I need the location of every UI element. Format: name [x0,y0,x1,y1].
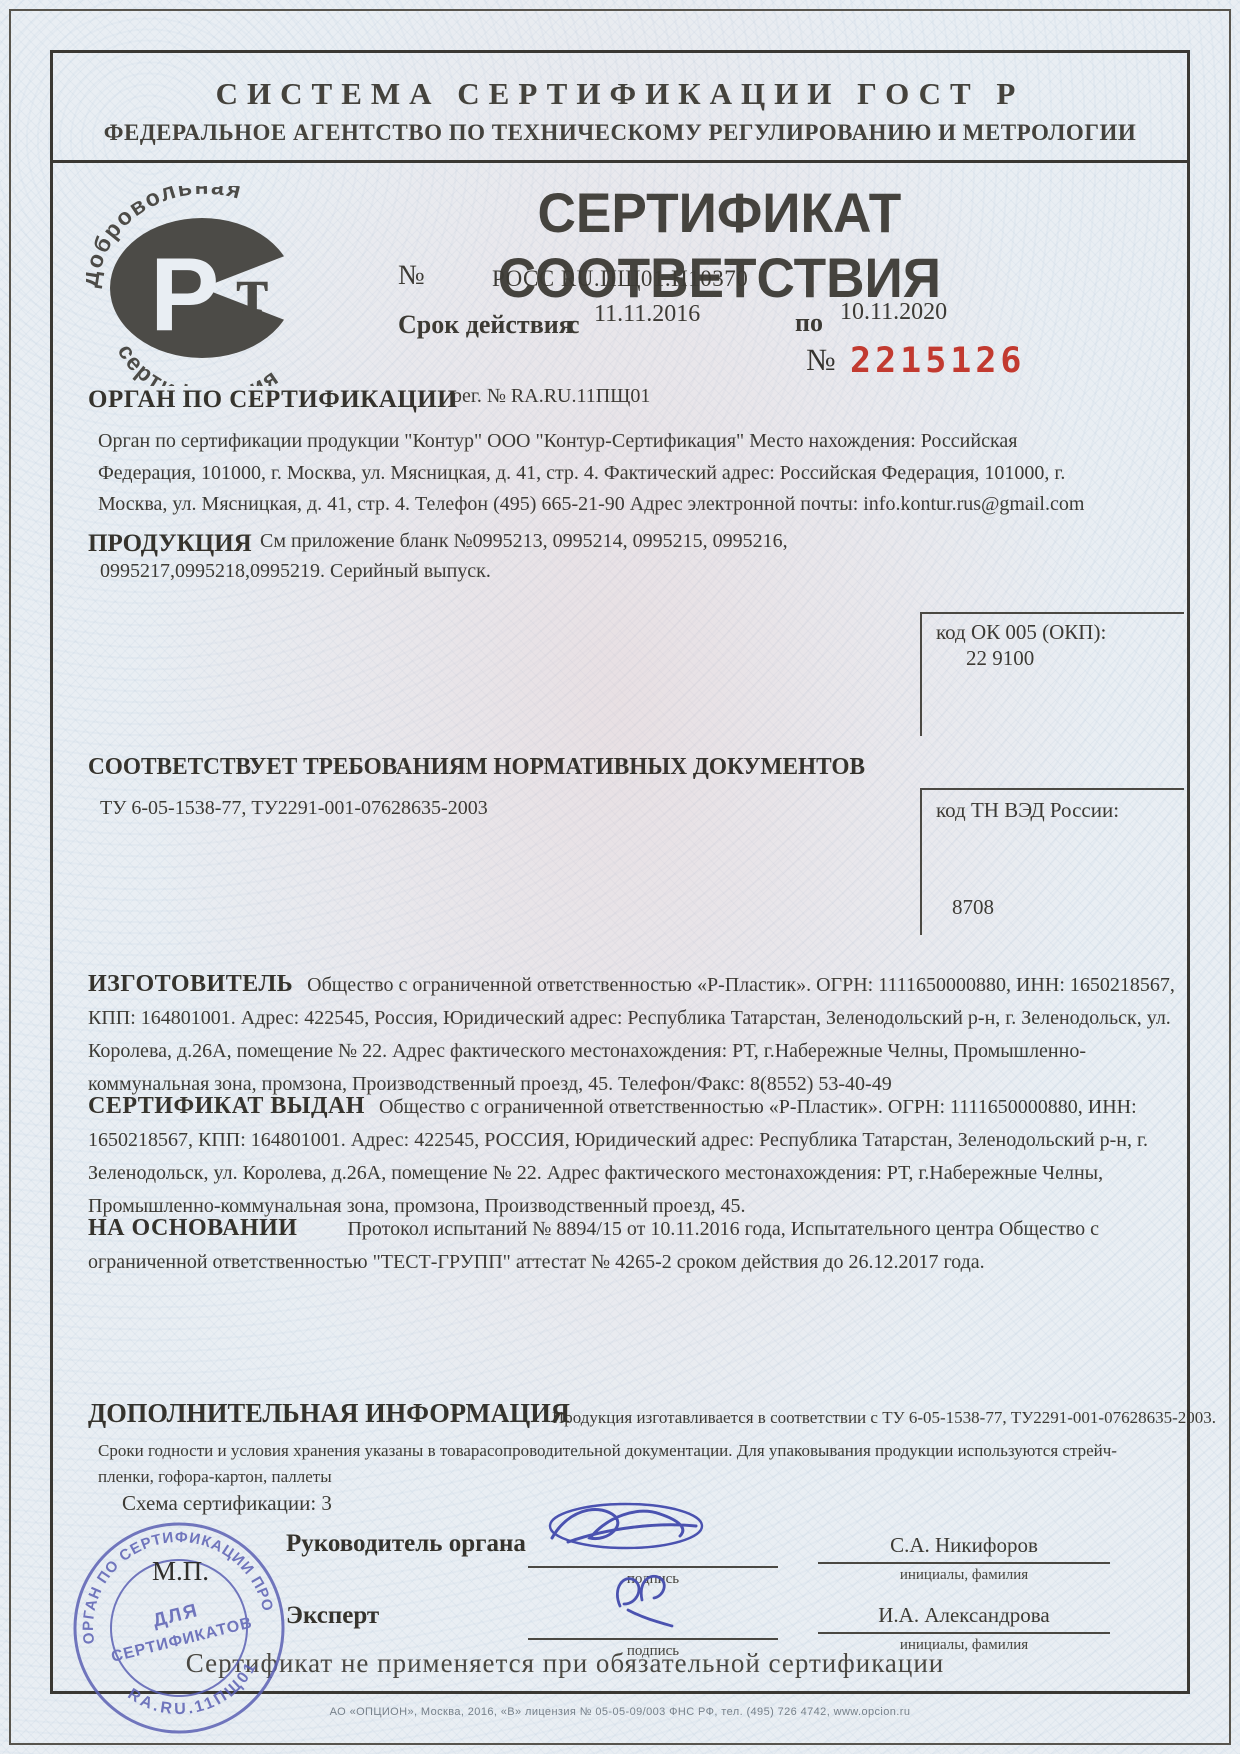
header-divider [50,160,1190,163]
expert-signature-line [528,1638,778,1640]
production-line2: 0995217,0995218,0995219. Серийный выпуск… [100,560,491,583]
head-of-body-label: Руководитель органа [286,1530,526,1558]
expert-name-line [818,1632,1110,1634]
round-stamp: ОРГАН ПО СЕРТИФИКАЦИИ ПРОДУКЦИИ "КОНТУР"… [56,1503,302,1753]
basis-paragraph: НА ОСНОВАНИИПротокол испытаний № 8894/15… [88,1212,1182,1279]
basis-heading: НА ОСНОВАНИИ [88,1215,347,1241]
expert-name: И.А. Александрова [818,1603,1110,1628]
validity-from-prep: с [568,310,580,340]
head-name-caption: инициалы, фамилия [818,1567,1110,1584]
blank-number-value: 2215126 [850,341,1026,381]
okp-code-box: код ОК 005 (ОКП): 22 9100 [920,612,1184,736]
stamp-place-label: М.П. [152,1556,209,1587]
rst-logo: Р т Добровольная сертификация [86,186,324,386]
validity-to-prep: по [795,308,823,338]
issued-to-heading: СЕРТИФИКАТ ВЫДАН [88,1093,379,1119]
certification-body-heading: ОРГАН ПО СЕРТИФИКАЦИИ [88,386,457,414]
okp-code-label: код ОК 005 (ОКП): [936,620,1106,645]
conformity-documents: ТУ 6-05-1538-77, ТУ2291-001-07628635-200… [100,797,488,820]
tnved-code-value: 8708 [952,895,994,920]
certificate-number-value: РОСС RU.ПЩ01.Н10370 [492,266,748,292]
conformity-heading: СООТВЕТСТВУЕТ ТРЕБОВАНИЯМ НОРМАТИВНЫХ ДО… [88,754,865,781]
head-signature-scribble [538,1498,728,1562]
blank-number-label: № [806,342,836,378]
system-title: СИСТЕМА СЕРТИФИКАЦИИ ГОСТ Р [0,76,1240,112]
manufacturer-paragraph: ИЗГОТОВИТЕЛЬОбщество с ограниченной отве… [88,968,1182,1101]
head-signature-line [528,1566,778,1568]
stamp-center-line1: ДЛЯ [151,1600,201,1632]
head-name-line [818,1562,1110,1564]
tnved-code-label: код ТН ВЭД России: [936,798,1119,823]
certificate-number-label: № [398,260,425,292]
certificate-page: СИСТЕМА СЕРТИФИКАЦИИ ГОСТ Р ФЕДЕРАЛЬНОЕ … [0,0,1240,1754]
okp-code-value: 22 9100 [966,646,1034,671]
certification-body-reg-number: рег. № RA.RU.11ПЩ01 [452,385,650,408]
validity-label: Срок действия [398,310,573,340]
manufacturer-heading: ИЗГОТОВИТЕЛЬ [88,971,307,997]
production-line1: См приложение бланк №0995213, 0995214, 0… [260,530,788,553]
issued-to-paragraph: СЕРТИФИКАТ ВЫДАНОбщество с ограниченной … [88,1090,1182,1223]
additional-overlay-text: Продукция изготавливается в соответствии… [552,1408,1216,1428]
production-heading: ПРОДУКЦИЯ [88,530,252,558]
expert-signature-scribble [598,1570,688,1636]
certification-body-text: Орган по сертификации продукции "Контур"… [98,426,1090,521]
logo-letter-t: т [236,254,268,327]
validity-to-date: 10.11.2020 [840,299,947,326]
head-name: С.А. Никифоров [818,1533,1110,1558]
additional-heading: ДОПОЛНИТЕЛЬНАЯ ИНФОРМАЦИЯ [88,1398,570,1429]
validity-from-date: 11.11.2016 [594,301,700,328]
logo-letter-p: Р [150,237,219,353]
agency-title: ФЕДЕРАЛЬНОЕ АГЕНТСТВО ПО ТЕХНИЧЕСКОМУ РЕ… [0,120,1240,146]
additional-text: Сроки годности и условия хранения указан… [98,1438,1153,1490]
